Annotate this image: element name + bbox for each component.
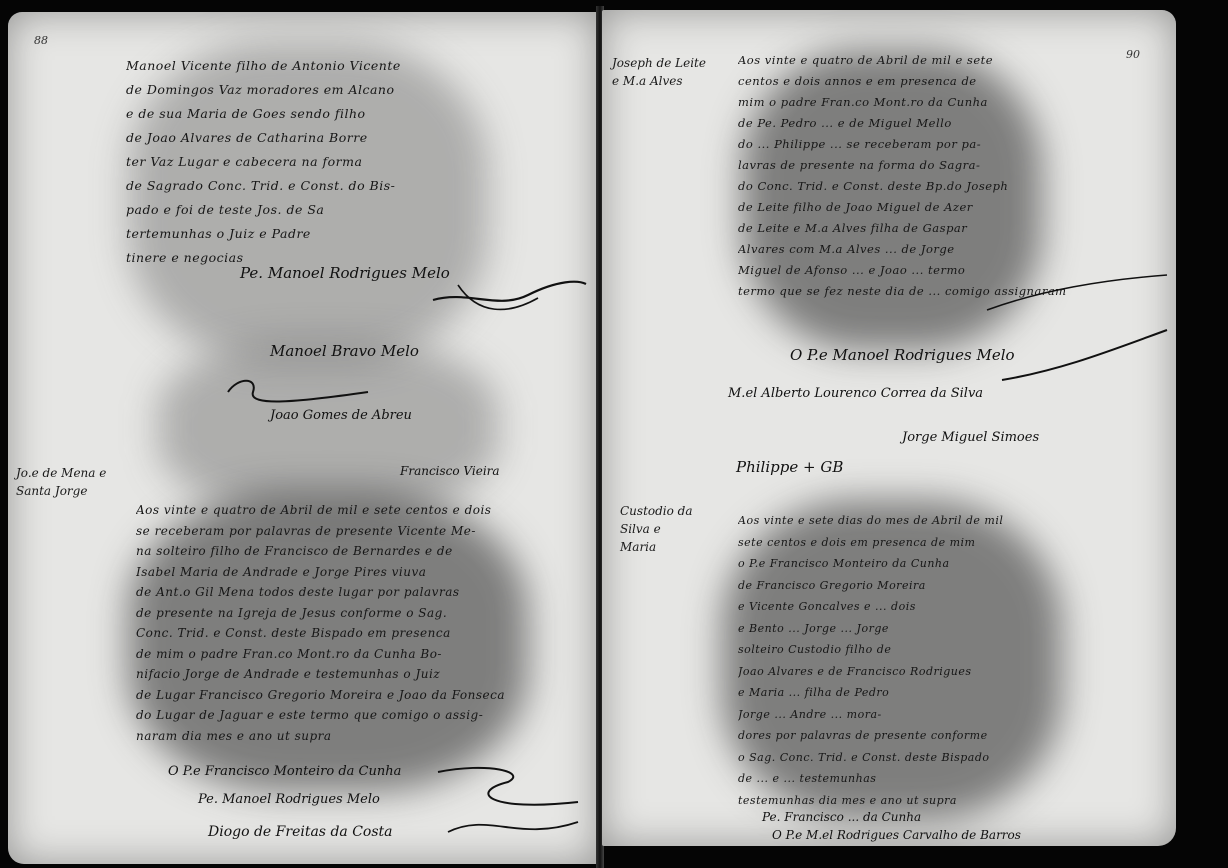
microfilm-frame: 88 Manoel Vicente filho de Antonio Vicen… [0,0,1228,868]
text-line: Aos vinte e quatro de Abril de mil e set… [136,500,505,521]
text-line: de Leite e M.a Alves filha de Gaspar [738,218,1067,239]
text-line: de Francisco Gregorio Moreira [738,575,1003,597]
signature: Francisco Vieira [400,464,500,478]
text-line: tertemunhas o Juiz e Padre [126,222,401,246]
signature: Philippe + GB [736,458,843,476]
signature: Manoel Bravo Melo [270,342,419,360]
text-line: lavras de presente na forma do Sagra- [738,155,1067,176]
text-line: de Ant.o Gil Mena todos deste lugar por … [136,582,505,603]
text-line: Alvares com M.a Alves ... de Jorge [738,239,1067,260]
marriage-entry-2: Aos vinte e sete dias do mes de Abril de… [738,510,1003,811]
text-line: Aos vinte e quatro de Abril de mil e set… [738,50,1067,71]
text-line: dores por palavras de presente conforme [738,725,1003,747]
page-number: 90 [1126,48,1140,61]
text-line: do Lugar de Jaguar e este termo que comi… [136,705,505,726]
signature: Jorge Miguel Simoes [902,430,1039,445]
text-line: de Lugar Francisco Gregorio Moreira e Jo… [136,685,505,706]
text-line: solteiro Custodio filho de [738,639,1003,661]
text-line: de presente na Igreja de Jesus conforme … [136,603,505,624]
signature-flourish [982,270,1172,400]
text-line: Manoel Vicente filho de Antonio Vicente [126,54,401,78]
text-line: de mim o padre Fran.co Mont.ro da Cunha … [136,644,505,665]
signature: Pe. Francisco ... da Cunha [762,810,921,824]
signature: O P.e Francisco Monteiro da Cunha [168,764,401,779]
signature-flourish [428,270,588,320]
text-line: ter Vaz Lugar e cabecera na forma [126,150,401,174]
text-line: Jorge ... Andre ... mora- [738,704,1003,726]
text-line: o Sag. Conc. Trid. e Const. deste Bispad… [738,747,1003,769]
signature: O P.e M.el Rodrigues Carvalho de Barros [772,828,1021,842]
text-line: e Maria ... filha de Pedro [738,682,1003,704]
signature-flourish [218,372,378,412]
text-line: Conc. Trid. e Const. deste Bispado em pr… [136,623,505,644]
text-line: do Conc. Trid. e Const. deste Bp.do Jose… [738,176,1067,197]
text-line: Aos vinte e sete dias do mes de Abril de… [738,510,1003,532]
text-line: de Joao Alvares de Catharina Borre [126,126,401,150]
text-line: de Leite filho de Joao Miguel de Azer [738,197,1067,218]
text-line: centos e dois annos e em presenca de [738,71,1067,92]
signature-flourish [428,752,588,852]
text-line: sete centos e dois em presenca de mim [738,532,1003,554]
baptism-entry-1: Manoel Vicente filho de Antonio Vicente … [126,54,401,270]
text-line: mim o padre Fran.co Mont.ro da Cunha [738,92,1067,113]
signature: Pe. Manoel Rodrigues Melo [198,792,380,807]
signature: O P.e Manoel Rodrigues Melo [790,346,1015,364]
signature: Diogo de Freitas da Costa [208,824,393,840]
text-line: Isabel Maria de Andrade e Jorge Pires vi… [136,562,505,583]
text-line: e Bento ... Jorge ... Jorge [738,618,1003,640]
text-line: de ... e ... testemunhas [738,768,1003,790]
signature: M.el Alberto Lourenco Correa da Silva [728,386,983,401]
signature: Pe. Manoel Rodrigues Melo [240,264,450,282]
left-page: 88 Manoel Vicente filho de Antonio Vicen… [8,12,598,864]
text-line: nifacio Jorge de Andrade e testemunhas o… [136,664,505,685]
text-line: pado e foi de teste Jos. de Sa [126,198,401,222]
text-line: e de sua Maria de Goes sendo filho [126,102,401,126]
marriage-entry: Aos vinte e quatro de Abril de mil e set… [136,500,505,746]
text-line: do ... Philippe ... se receberam por pa- [738,134,1067,155]
text-line: Joao Alvares e de Francisco Rodrigues [738,661,1003,683]
margin-note: Joseph de Leite e M.a Alves [612,54,706,90]
text-line: de Domingos Vaz moradores em Alcano [126,78,401,102]
text-line: naram dia mes e ano ut supra [136,726,505,747]
right-page: 90 Joseph de Leite e M.a Alves Aos vinte… [602,10,1176,846]
text-line: testemunhas dia mes e ano ut supra [738,790,1003,812]
page-number: 88 [34,34,48,47]
text-line: de Pe. Pedro ... e de Miguel Mello [738,113,1067,134]
text-line: de Sagrado Conc. Trid. e Const. do Bis- [126,174,401,198]
marriage-entry-1: Aos vinte e quatro de Abril de mil e set… [738,50,1067,302]
text-line: o P.e Francisco Monteiro da Cunha [738,553,1003,575]
margin-note: Custodio da Silva e Maria [620,502,693,556]
text-line: se receberam por palavras de presente Vi… [136,521,505,542]
margin-note: Jo.e de Mena e Santa Jorge [16,464,106,500]
text-line: e Vicente Goncalves e ... dois [738,596,1003,618]
text-line: na solteiro filho de Francisco de Bernar… [136,541,505,562]
